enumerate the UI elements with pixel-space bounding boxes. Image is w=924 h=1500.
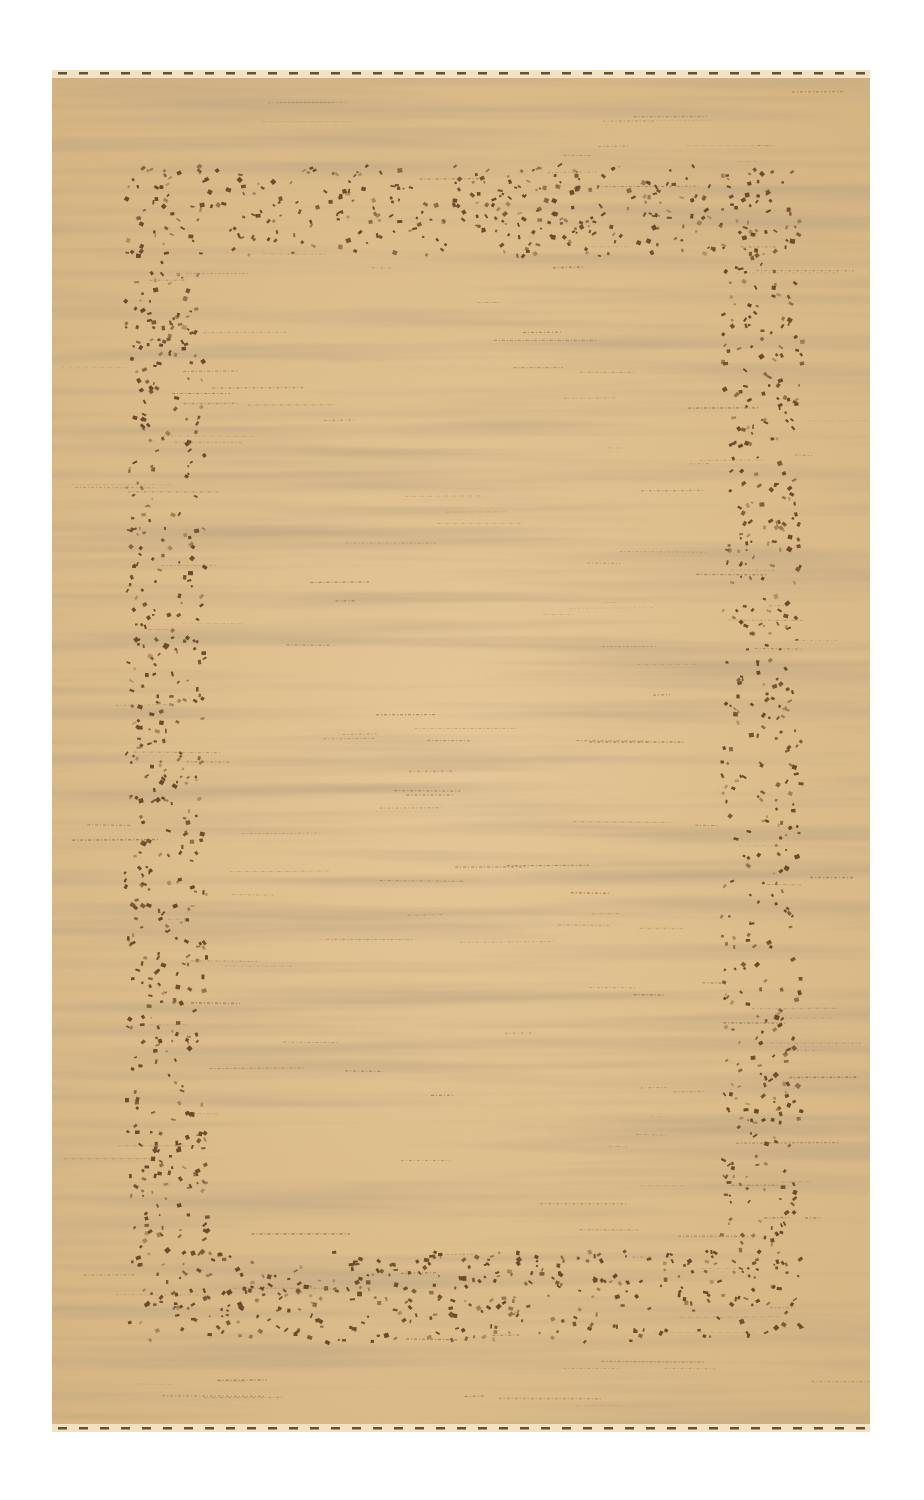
rug-illustration [52, 70, 870, 1432]
rug [52, 70, 870, 1432]
